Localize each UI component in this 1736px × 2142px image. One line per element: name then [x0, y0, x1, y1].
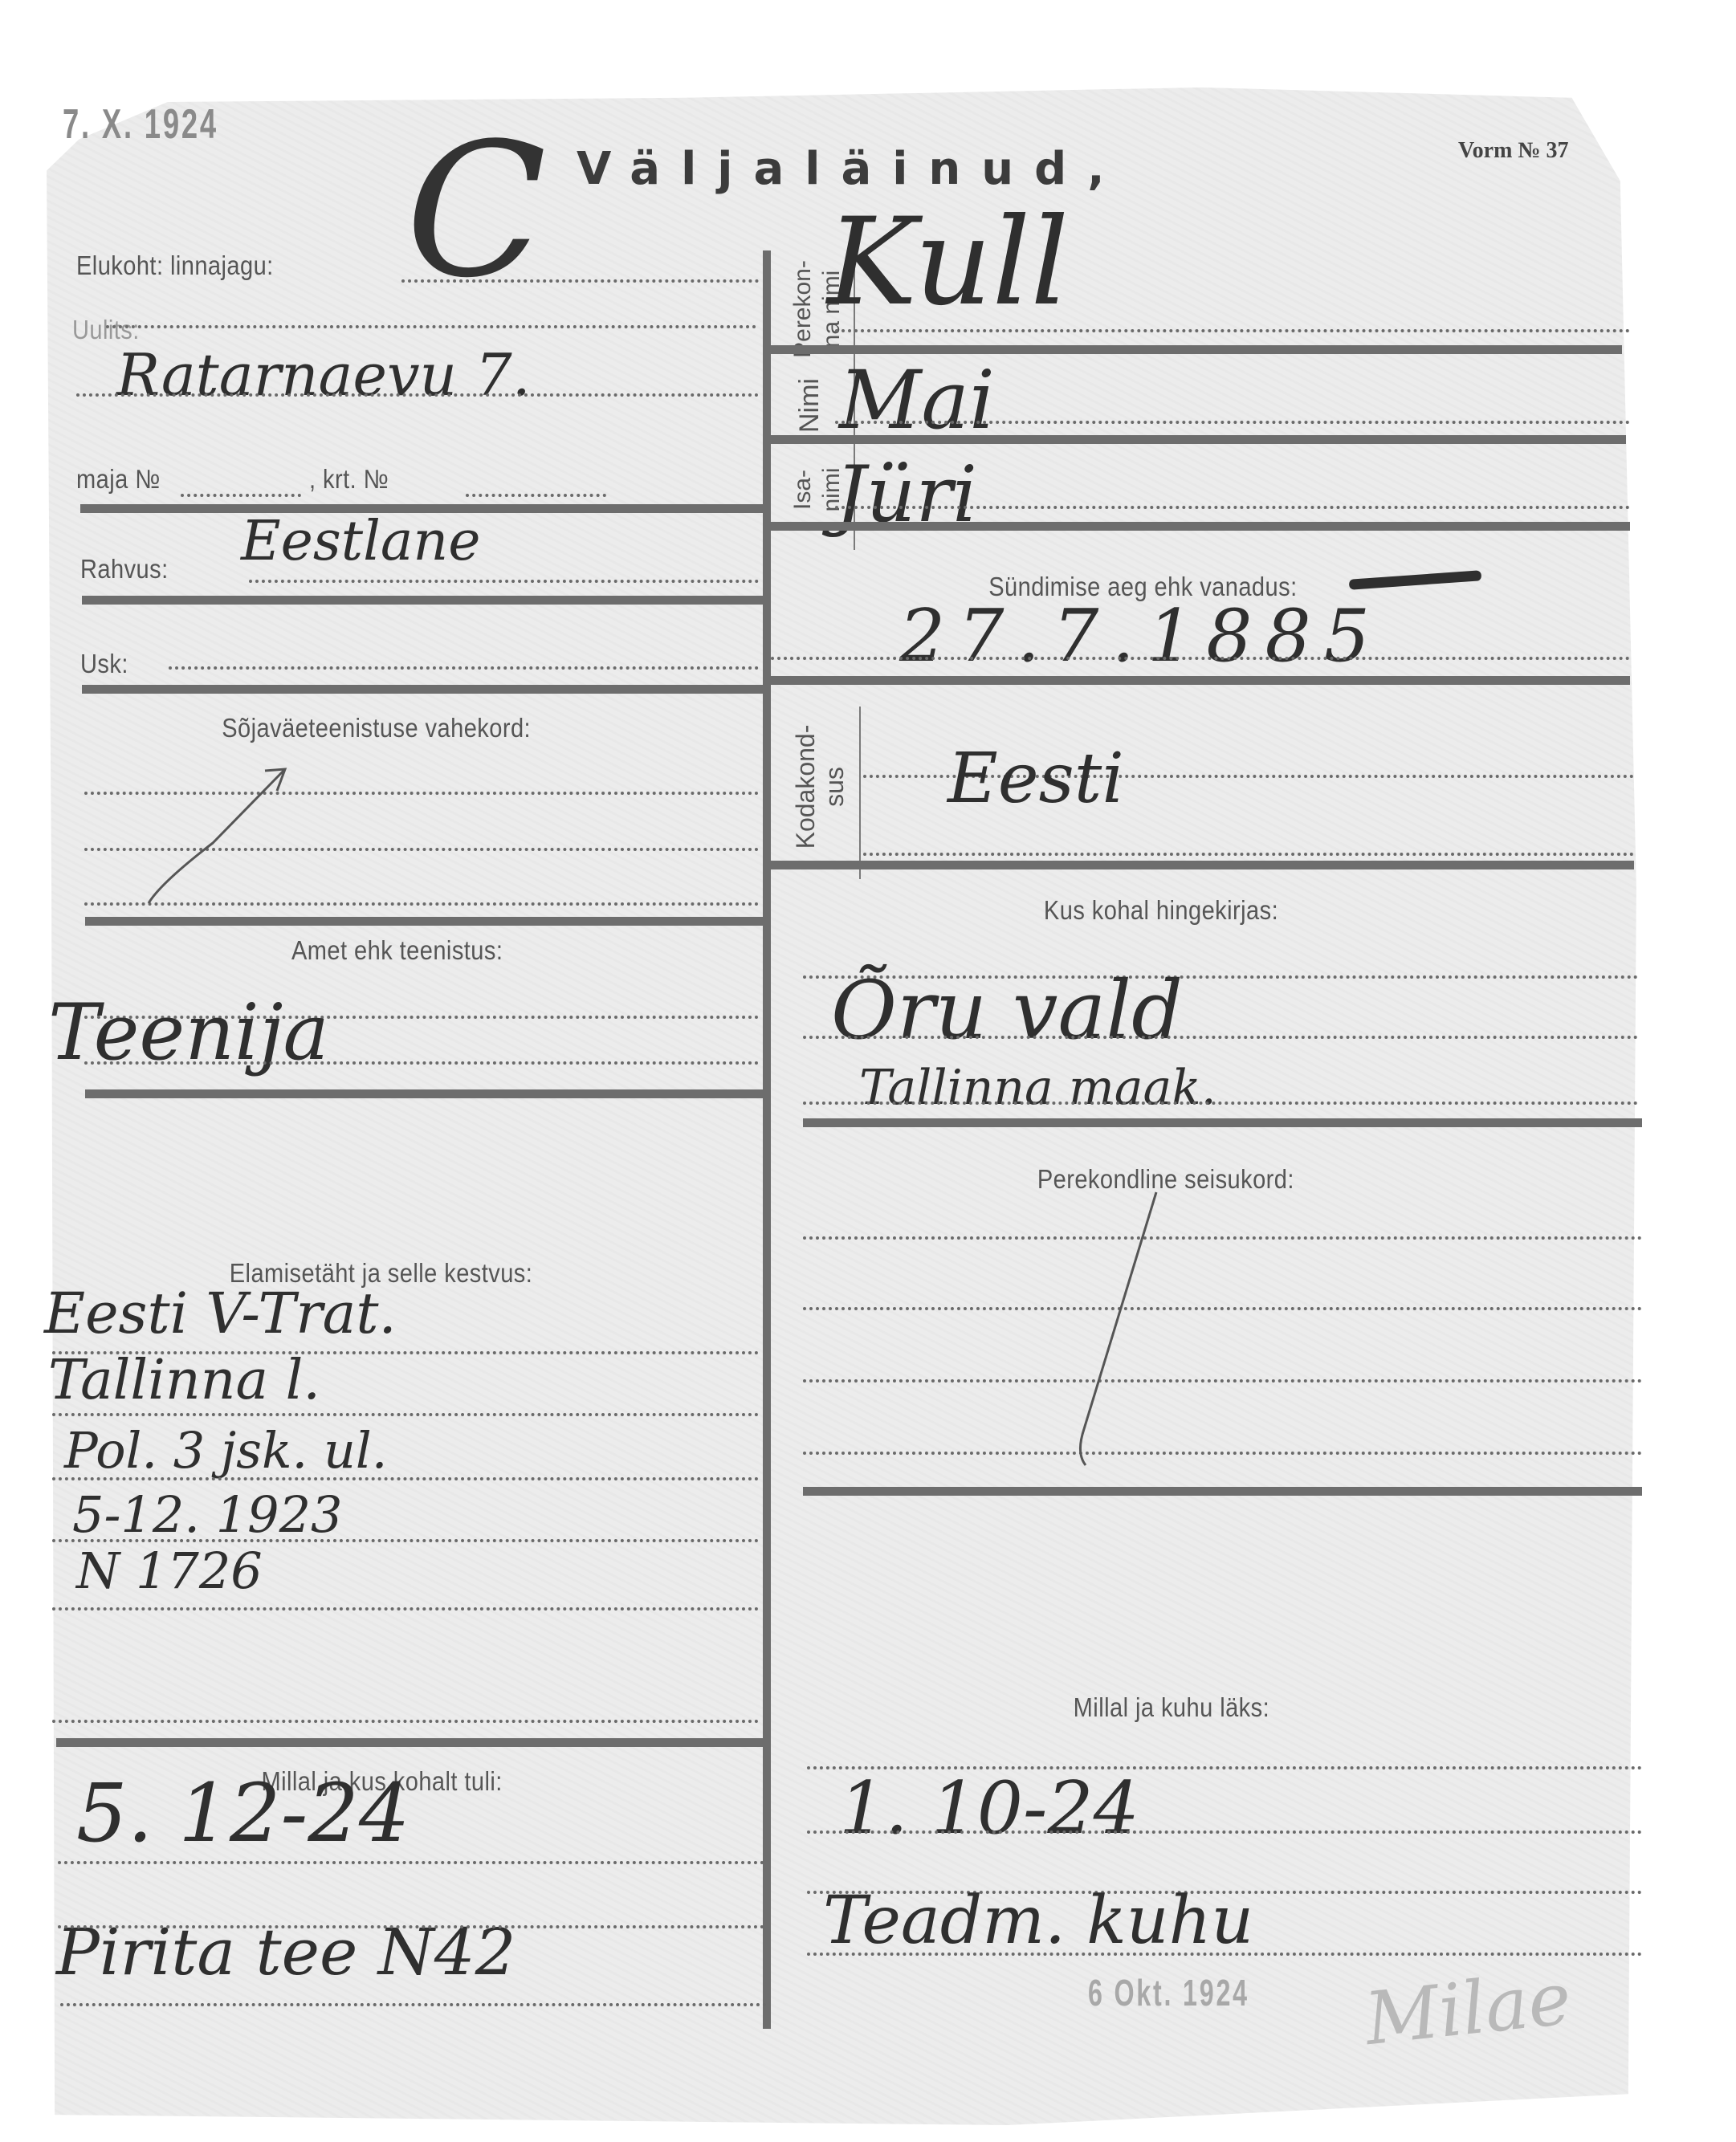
- surname-value: Kull: [827, 193, 1069, 332]
- dotted-line: [771, 657, 1630, 660]
- citizenship-label: Kodakond-sus: [791, 707, 849, 867]
- registry-line: Tallinna maak.: [859, 1060, 1216, 1116]
- departure-date: 1. 10-24: [839, 1766, 1139, 1851]
- dotted-line: [835, 421, 1630, 424]
- permit-line: Eesti V-Trat.: [44, 1281, 397, 1346]
- form-title: Väljaläinud,: [577, 143, 1126, 195]
- nationality-label: Rahvus:: [80, 554, 169, 584]
- received-date-stamp: 7. X. 1924: [63, 100, 218, 149]
- section-rule: [85, 917, 763, 926]
- section-rule: [803, 1118, 1642, 1127]
- departure-label: Millal ja kuhu läks:: [1074, 1692, 1269, 1723]
- dotted-line: [52, 1720, 759, 1723]
- section-rule: [771, 861, 1634, 869]
- dotted-line: [401, 279, 759, 283]
- dotted-line: [58, 1925, 764, 1928]
- apartment-number-label: , krt. №: [309, 464, 389, 495]
- section-rule: [85, 1089, 763, 1098]
- dotted-line: [803, 1236, 1642, 1240]
- dotted-line: [803, 1102, 1638, 1105]
- street-value: Ratarnaevu 7.: [116, 341, 531, 409]
- birth-value: 27.7.1885: [899, 594, 1383, 678]
- section-rule: [82, 596, 763, 605]
- dotted-line: [807, 1953, 1642, 1956]
- departure-place: Teadm. kuhu: [823, 1883, 1253, 1959]
- dotted-line: [807, 1830, 1642, 1834]
- dotted-line: [60, 2003, 767, 2006]
- dotted-line: [803, 1307, 1642, 1310]
- dotted-line: [181, 494, 301, 497]
- dotted-line: [169, 666, 759, 670]
- dotted-line: [466, 494, 606, 497]
- house-number-label: maja №: [76, 464, 161, 495]
- section-rule: [56, 1738, 763, 1747]
- dotted-line: [76, 393, 759, 397]
- permit-line: Pol. 3 jsk. ul.: [64, 1421, 387, 1480]
- district-mark: C: [405, 104, 547, 319]
- permit-line: N 1726: [76, 1541, 263, 1600]
- first-name-label: Nimi: [795, 365, 824, 446]
- arrival-date: 5. 12-24: [76, 1766, 410, 1860]
- section-rule: [771, 676, 1630, 685]
- section-rule: [771, 435, 1626, 444]
- citizenship-divider: [859, 707, 861, 879]
- nationality-value: Eestlane: [241, 510, 480, 573]
- registry-line: Õru vald: [831, 963, 1183, 1057]
- section-rule: [82, 685, 763, 694]
- dotted-line: [863, 853, 1634, 856]
- occupation-label: Amet ehk teenistus:: [291, 935, 503, 966]
- departure-stamp: 6 Okt. 1924: [1088, 1971, 1249, 2014]
- section-rule: [771, 522, 1630, 531]
- dotted-line: [52, 1607, 759, 1611]
- permit-line: 5-12. 1923: [72, 1485, 343, 1544]
- registry-label: Kus kohal hingekirjas:: [1044, 895, 1278, 926]
- citizenship-value: Eesti: [947, 739, 1124, 819]
- military-strike-line: [145, 755, 305, 915]
- first-name-value: Mai: [839, 353, 995, 447]
- dotted-line: [803, 1452, 1642, 1455]
- dotted-line: [58, 1861, 764, 1864]
- dotted-line: [52, 1477, 759, 1480]
- dotted-line: [106, 325, 756, 328]
- dotted-line: [52, 1413, 759, 1416]
- dotted-line: [803, 1036, 1638, 1039]
- dotted-line: [835, 329, 1630, 332]
- residence-label: Elukoht: linnajagu:: [76, 250, 274, 281]
- dotted-line: [84, 1061, 759, 1065]
- section-rule: [803, 1487, 1642, 1496]
- dotted-line: [835, 506, 1630, 509]
- form-number: Vorm № 37: [1458, 138, 1569, 164]
- permit-line: Tallinna l.: [48, 1349, 320, 1412]
- column-divider: [763, 250, 771, 2029]
- military-label: Sõjaväeteenistuse vahekord:: [222, 713, 531, 743]
- dotted-line: [249, 580, 759, 583]
- religion-label: Usk:: [80, 649, 128, 679]
- marital-strike-line: [1068, 1188, 1164, 1477]
- dotted-line: [803, 1379, 1642, 1383]
